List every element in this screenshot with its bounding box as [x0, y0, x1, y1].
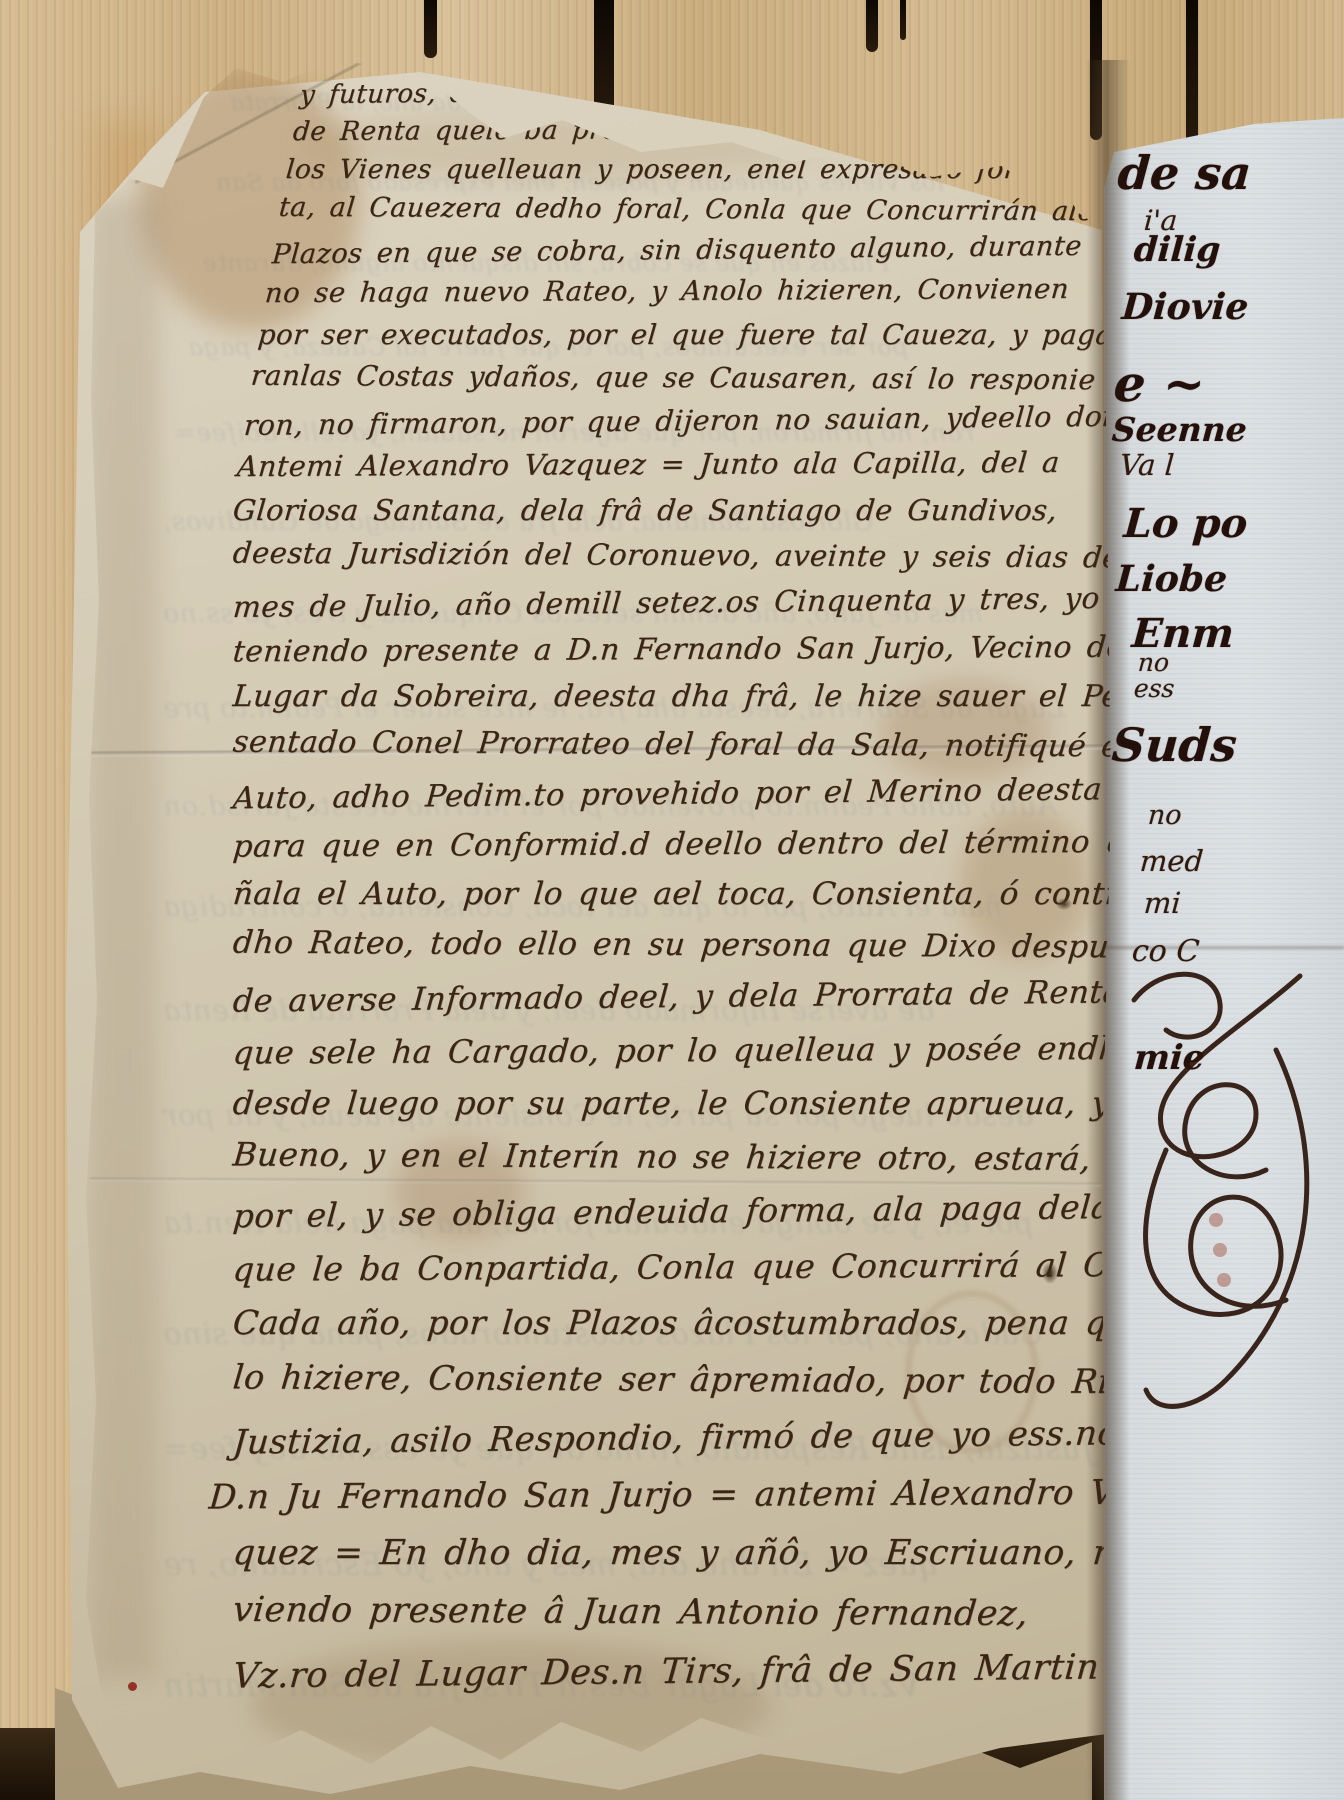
manuscript-line: que sele ha Cargado, por lo quelleua y p… — [231, 1028, 1234, 1071]
paper-damage — [1056, 898, 1072, 910]
folio-line-fragment: Lo po — [1122, 500, 1249, 547]
folio-line-fragment: de sa — [1116, 146, 1253, 200]
horizontal-fold-crease — [90, 1177, 1110, 1186]
folio-line-fragment: Liobe — [1115, 558, 1229, 600]
manuscript-line: ta, al Cauezera dedho foral, Conla que C… — [278, 192, 1111, 227]
plank-gap — [900, 0, 906, 40]
red-ink-dot — [128, 1682, 137, 1691]
plank-gap — [424, 0, 437, 58]
folio-line-fragment: no — [1137, 648, 1170, 677]
folio-line-fragment: mi — [1143, 886, 1182, 920]
manuscript-line: Antemi Alexandro Vazquez = Junto ala Cap… — [236, 446, 1061, 483]
stain — [88, 200, 158, 1680]
manuscript-line: sentado Conel Prorrateo del foral da Sal… — [231, 725, 1131, 765]
manuscript-line: Gloriosa Santana, dela frâ de Santiago d… — [232, 493, 1059, 527]
adjacent-folio-page: de sai'adiligDioviee ~SeenneVa lLo poLio… — [1104, 118, 1344, 1800]
folio-line-fragment: Diovie — [1121, 286, 1250, 328]
manuscript-line: ranlas Costas ydaños, que se Causaren, a… — [249, 358, 1097, 395]
manuscript-line: Plazos en que se cobra, sin disquento al… — [271, 230, 1083, 270]
manuscript-line: por ser executados, por el que fuere tal… — [257, 318, 1114, 351]
ink-blot — [1042, 1262, 1058, 1284]
manuscript-line: dho Rateo, todo ello en su persona que D… — [231, 925, 1146, 966]
folio-line-fragment: ess — [1133, 674, 1175, 703]
folio-line-fragment: Seenne — [1111, 410, 1249, 449]
manuscript-line: viendo presente â Juan Antonio fernandez… — [231, 1590, 1030, 1634]
plank-gap — [1186, 0, 1198, 158]
photograph: de sai'adiligDioviee ~SeenneVa lLo poLio… — [0, 0, 1344, 1800]
manuscript-line: ron, no firmaron, por que dijeron no sau… — [243, 399, 1183, 442]
manuscript-line: Bueno, y en el Interín no se hiziere otr… — [231, 1135, 1221, 1178]
manuscript-line: mes de Julio, año demill setez.os Cinque… — [232, 579, 1195, 623]
manuscript-line: Auto, adho Pedim.to provehido por el Mer… — [232, 771, 1262, 817]
manuscript-line: no se haga nuevo Rateo, y Anolo hizieren… — [264, 274, 1070, 309]
manuscript-line: quez = En dho dia, mes y añô, yo Escriua… — [231, 1533, 1132, 1573]
manuscript-line: D.n Ju Fernando San Jurjo = antemi Alexa… — [207, 1472, 1153, 1517]
plank-gap — [866, 0, 878, 52]
manuscript-line: de averse Informado deel, y dela Prorrat… — [232, 974, 1124, 1019]
manuscript-line: lo hiziere, Consiente ser âpremiado, por… — [231, 1357, 1229, 1401]
manuscript-line: teniendo presente a D.n Fernando San Jur… — [232, 629, 1136, 669]
folio-line-fragment: med — [1139, 844, 1205, 878]
notary-rubric-flourish — [1104, 958, 1344, 1458]
folio-line-fragment: dilig — [1133, 230, 1222, 270]
manuscript-line: desde luego por su parte, le Consiente a… — [231, 1084, 1241, 1122]
faint-seal-ghost — [905, 1290, 1039, 1454]
manuscript-line: Vz.ro del Lugar Des.n Tirs, frâ de San M… — [231, 1648, 1100, 1697]
manuscript-line: deesta Jurisdizión del Coronuevo, aveint… — [231, 536, 1131, 575]
manuscript-line: por el, y se obliga endeuida forma, ala … — [232, 1187, 1240, 1236]
folio-line-fragment: no — [1147, 800, 1183, 831]
manuscript-line: para que en Conformid.d deello dentro de… — [232, 823, 1217, 864]
manuscript-line: Cada año, por los Plazos âcostumbrados, … — [231, 1303, 1238, 1342]
